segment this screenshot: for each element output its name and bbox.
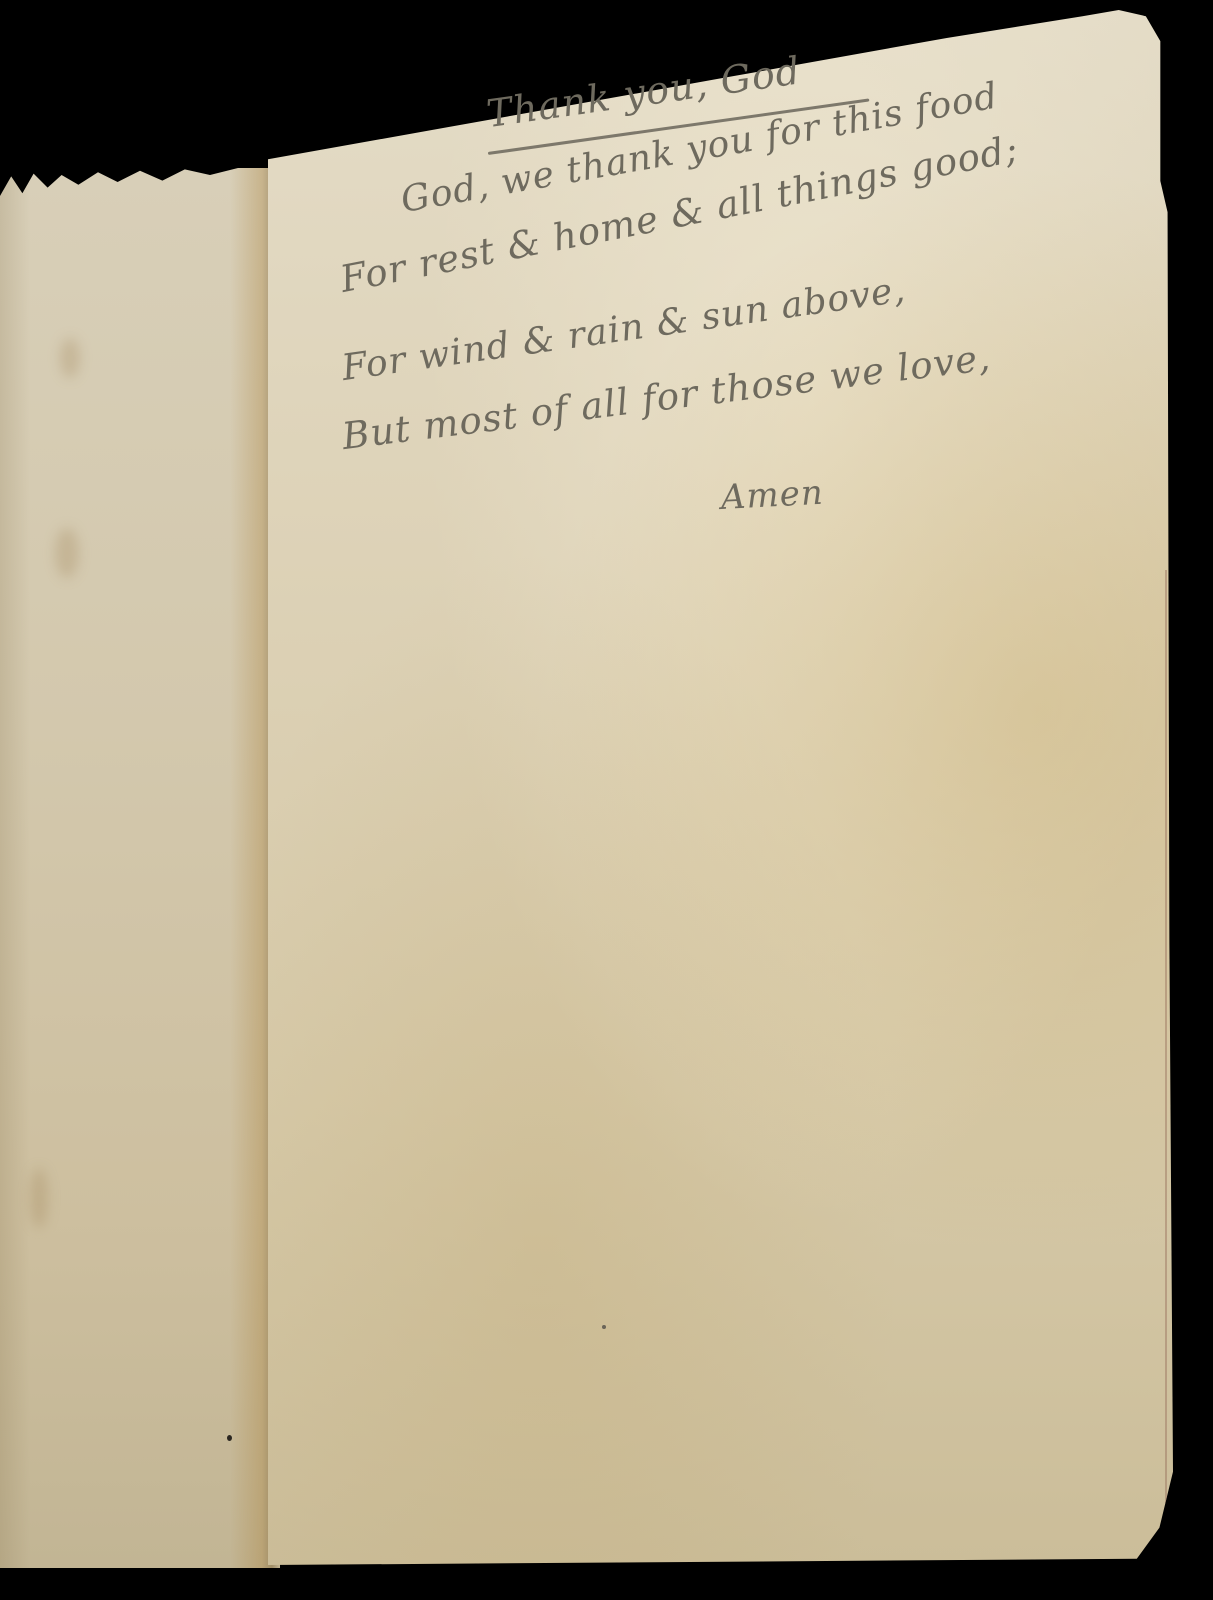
left-page <box>0 168 280 1568</box>
stain <box>60 338 80 378</box>
page-edge <box>1165 570 1167 1530</box>
prayer-closing: Amen <box>720 473 825 518</box>
stain <box>30 1168 48 1228</box>
ink-speck <box>227 1435 232 1441</box>
ink-speck <box>602 1325 606 1329</box>
stain <box>55 528 79 578</box>
notebook-photo: Thank you, God God, we thank you for thi… <box>0 0 1213 1600</box>
right-page <box>268 10 1173 1565</box>
